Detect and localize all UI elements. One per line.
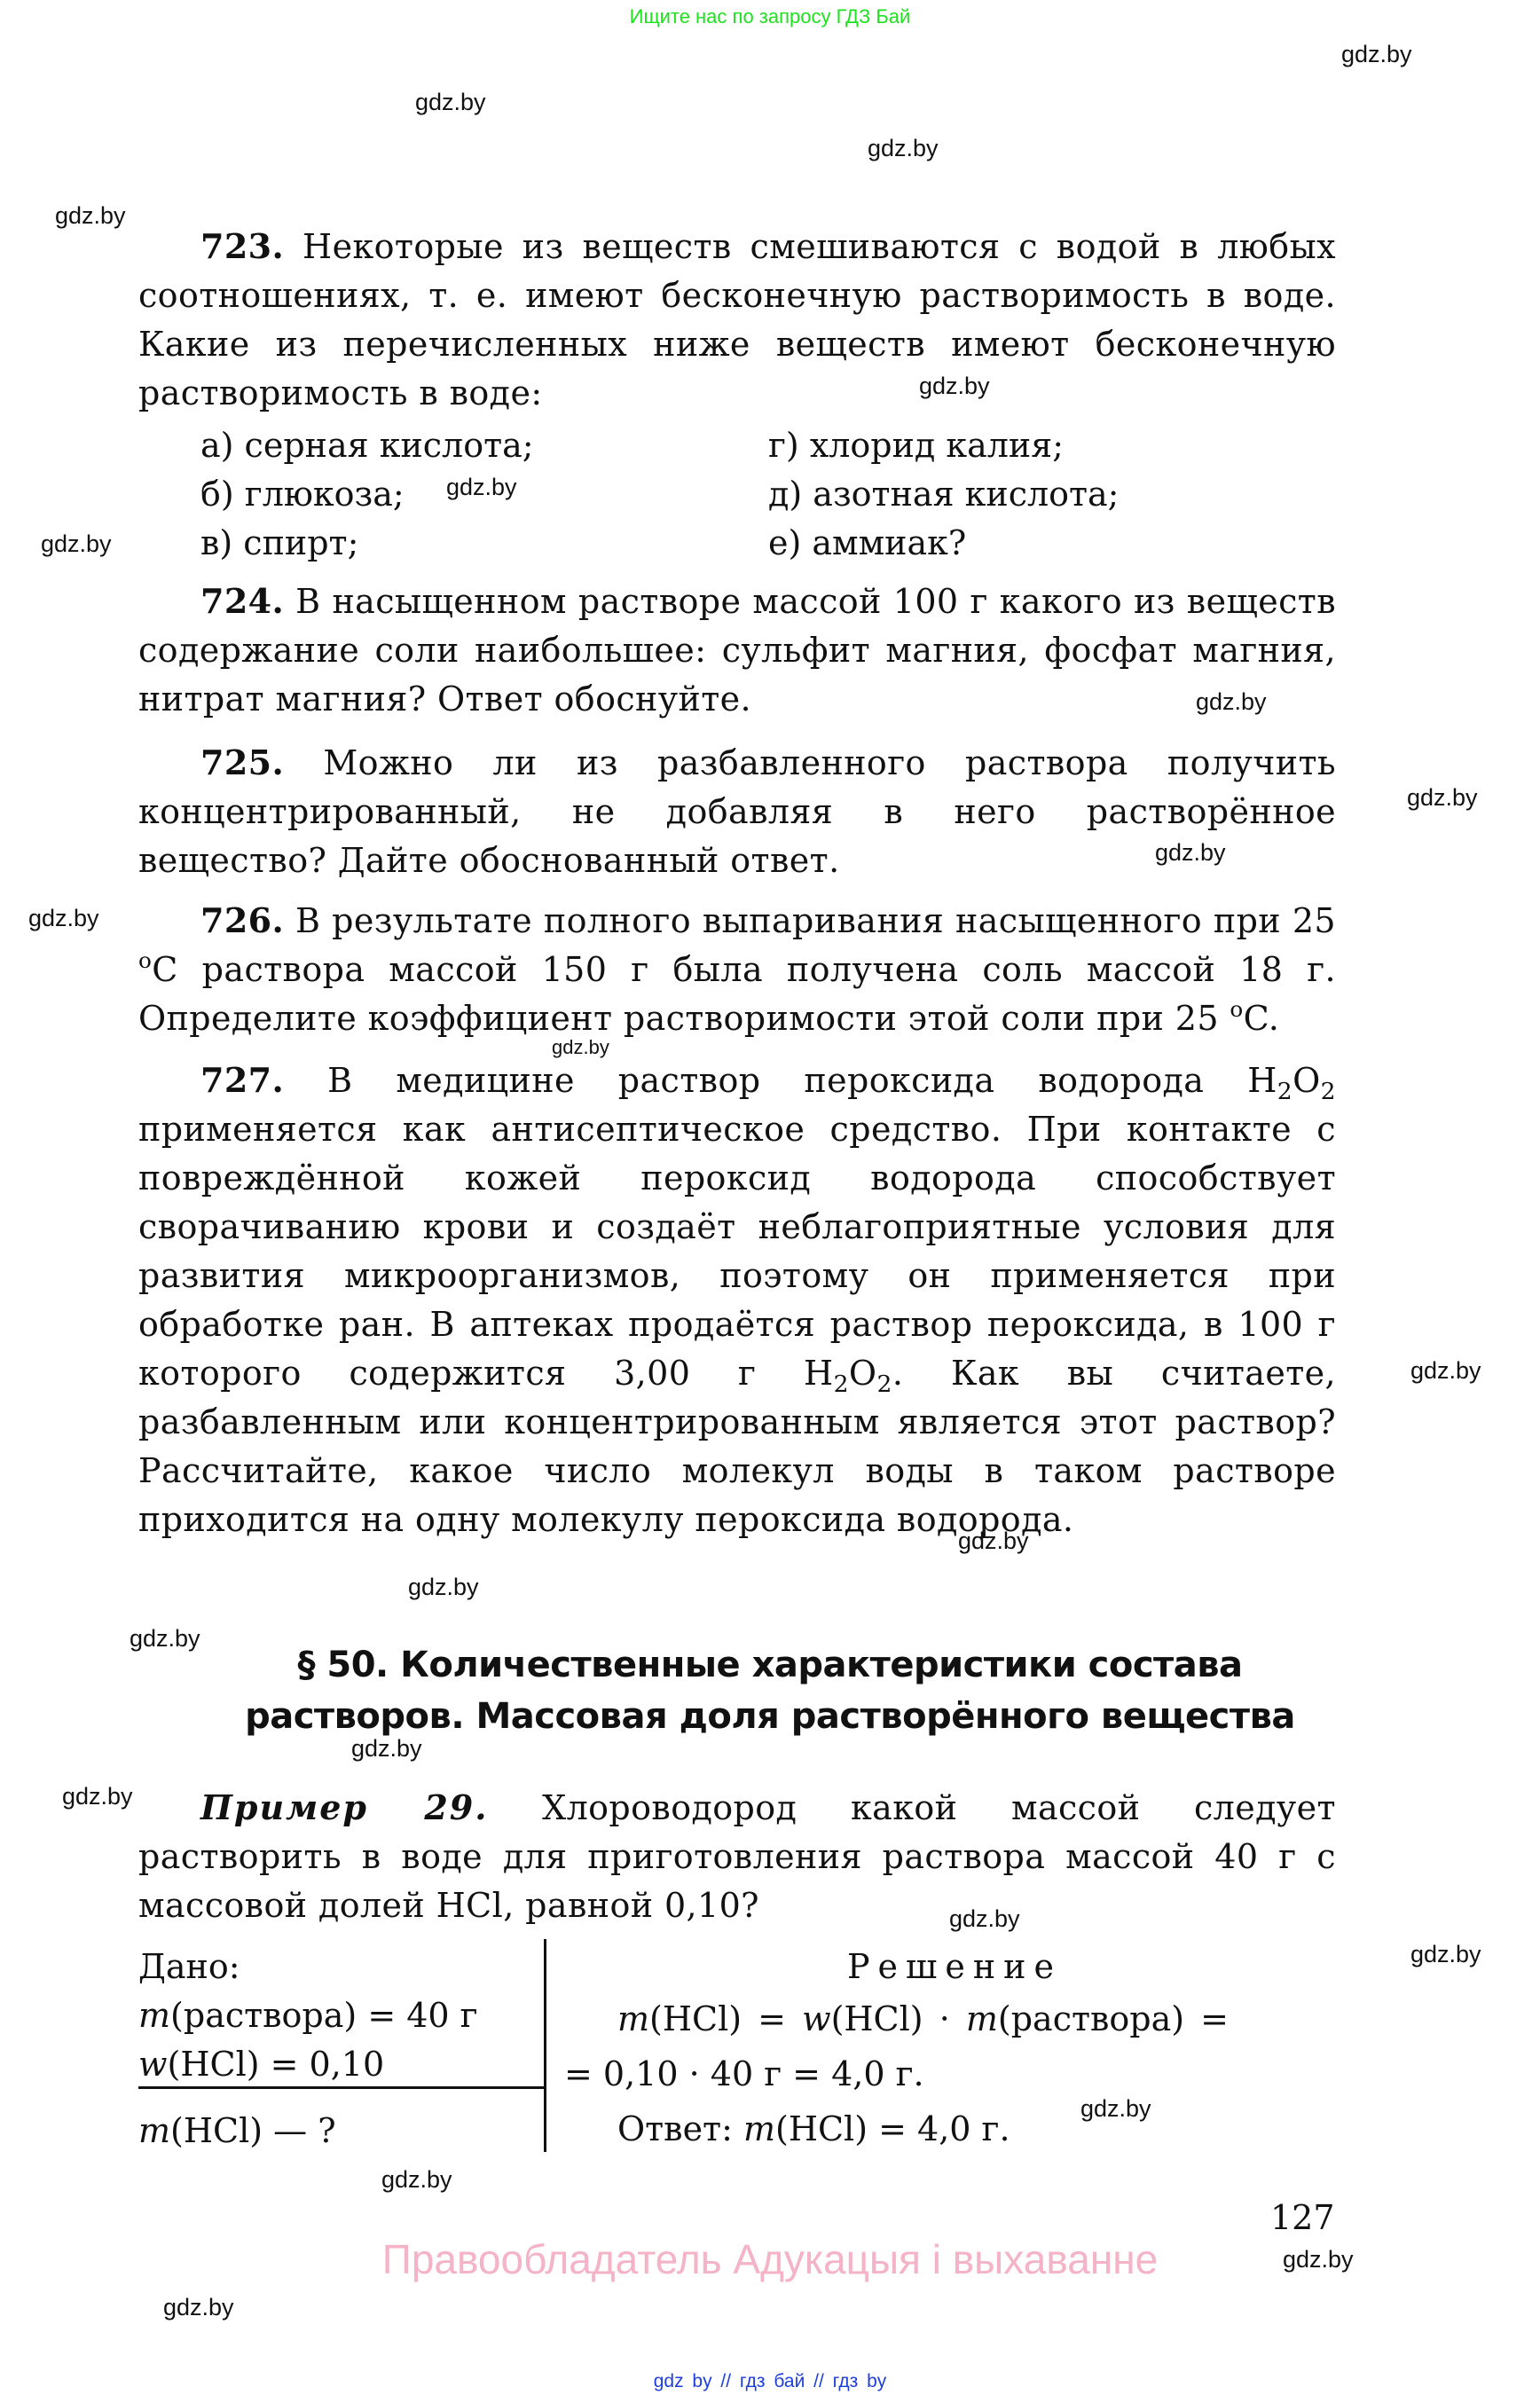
- variable: m: [138, 1996, 170, 2035]
- solution-formula: m(HCl) = w(HCl) · m(раствора) =: [564, 1991, 1345, 2046]
- solution-title: Решение: [564, 1943, 1345, 1991]
- formula-o: O: [1292, 1061, 1321, 1100]
- option-e: е) аммиак?: [768, 519, 1336, 568]
- subscript: 2: [1321, 1078, 1336, 1105]
- top-banner-link[interactable]: Ищите нас по запросу ГДЗ Бай: [0, 5, 1540, 28]
- task-text: В насыщенном растворе массой 100 г каког…: [138, 582, 1336, 719]
- subscript: 2: [876, 1370, 892, 1398]
- task-text: C.: [1244, 999, 1280, 1038]
- given-value: (раствора) = 40 г: [170, 1996, 478, 2035]
- given-value: (HCl) = 0,10: [168, 2045, 385, 2084]
- watermark: gdz.by: [1341, 41, 1412, 68]
- variable: m: [966, 1999, 998, 2038]
- bottom-banner-links[interactable]: gdz by // гдз бай // гдз by: [0, 2371, 1540, 2392]
- task-723-options: а) серная кислота; г) хлорид калия; б) г…: [200, 421, 1336, 568]
- section-heading-line2: растворов. Массовая доля растворённого в…: [0, 1691, 1540, 1742]
- given-item: w(HCl) = 0,10: [138, 2040, 546, 2089]
- watermark: gdz.by: [163, 2294, 234, 2321]
- variable: m: [617, 1999, 649, 2038]
- option-a: а) серная кислота;: [200, 421, 768, 470]
- section-heading: § 50. Количественные характеристики сост…: [0, 1639, 1540, 1742]
- task-number: 727.: [200, 1060, 284, 1100]
- watermark: gdz.by: [868, 135, 939, 162]
- copyright-notice: Правообладатель Адукацыя і выхаванне: [0, 2235, 1540, 2283]
- task-text: В медицине раствор пероксида водорода H: [327, 1061, 1277, 1100]
- option-b: б) глюкоза;: [200, 470, 768, 519]
- variable: w: [138, 2045, 168, 2084]
- task-text: C раствора массой 150 г была получена со…: [138, 950, 1336, 1038]
- task-727: 727. В медицине раствор пероксида водоро…: [138, 1056, 1336, 1544]
- watermark: gdz.by: [1410, 1357, 1481, 1385]
- find-item: m(HCl) — ?: [138, 2107, 336, 2156]
- subscript: 2: [834, 1370, 849, 1398]
- section-heading-line1: § 50. Количественные характеристики сост…: [0, 1639, 1540, 1691]
- answer-value: (HCl) = 4,0 г.: [775, 2109, 1010, 2148]
- task-724: 724. В насыщенном растворе массой 100 г …: [138, 577, 1336, 724]
- find-value: (HCl) — ?: [170, 2111, 336, 2150]
- task-number: 723.: [200, 226, 284, 266]
- option-d: д) азотная кислота;: [768, 470, 1336, 519]
- degree-sign: о: [1230, 996, 1243, 1022]
- watermark: gdz.by: [415, 89, 486, 116]
- formula-part: (HCl) =: [649, 1999, 802, 2038]
- answer-label: Ответ:: [617, 2109, 743, 2148]
- watermark: gdz.by: [55, 202, 126, 230]
- task-text: применяется как антисептическое средство…: [138, 1110, 1336, 1393]
- watermark: gdz.by: [381, 2166, 452, 2194]
- given-block: Дано: m(раствора) = 40 г w(HCl) = 0,10 m…: [138, 1943, 546, 2089]
- given-item: m(раствора) = 40 г: [138, 1991, 546, 2040]
- formula-part: (HCl) ·: [831, 1999, 966, 2038]
- option-v: в) спирт;: [200, 519, 768, 568]
- solution-calculation: = 0,10 · 40 г = 4,0 г.: [564, 2046, 1345, 2101]
- given-title: Дано:: [138, 1943, 546, 1991]
- horizontal-divider: [138, 2086, 546, 2089]
- task-726: 726. В результате полного выпаривания на…: [138, 896, 1336, 1043]
- task-text: Некоторые из веществ смешиваются с водой…: [138, 227, 1336, 412]
- degree-sign: о: [138, 947, 152, 973]
- watermark: gdz.by: [408, 1574, 479, 1601]
- formula-part: (раствора) =: [998, 1999, 1229, 2038]
- task-725: 725. Можно ли из разбавленного раствора …: [138, 738, 1336, 885]
- watermark: gdz.by: [28, 905, 99, 932]
- option-g: г) хлорид калия;: [768, 421, 1336, 470]
- vertical-divider: [544, 1939, 546, 2152]
- example-label: Пример 29.: [200, 1787, 488, 1827]
- task-number: 725.: [200, 742, 284, 782]
- subscript: 2: [1277, 1078, 1292, 1105]
- task-text: В результате полного выпаривания насыщен…: [295, 901, 1336, 940]
- example-29: Пример 29. Хлороводород какой массой сле…: [138, 1783, 1336, 1930]
- watermark: gdz.by: [62, 1783, 133, 1810]
- task-number: 726.: [200, 900, 284, 940]
- watermark: gdz.by: [1407, 784, 1478, 812]
- task-number: 724.: [200, 581, 284, 621]
- watermark: gdz.by: [1410, 1941, 1481, 1968]
- variable: m: [138, 2111, 170, 2150]
- task-text: Можно ли из разбавленного раствора получ…: [138, 743, 1336, 880]
- formula-o: O: [849, 1354, 877, 1393]
- solution-block: Решение m(HCl) = w(HCl) · m(раствора) = …: [564, 1943, 1345, 2156]
- page-number: 127: [1270, 2198, 1335, 2237]
- solution-answer: Ответ: m(HCl) = 4,0 г.: [564, 2101, 1345, 2156]
- watermark: gdz.by: [41, 530, 112, 558]
- variable: w: [802, 1999, 831, 2038]
- task-723: 723. Некоторые из веществ смешиваются с …: [138, 222, 1336, 418]
- variable: m: [743, 2109, 775, 2148]
